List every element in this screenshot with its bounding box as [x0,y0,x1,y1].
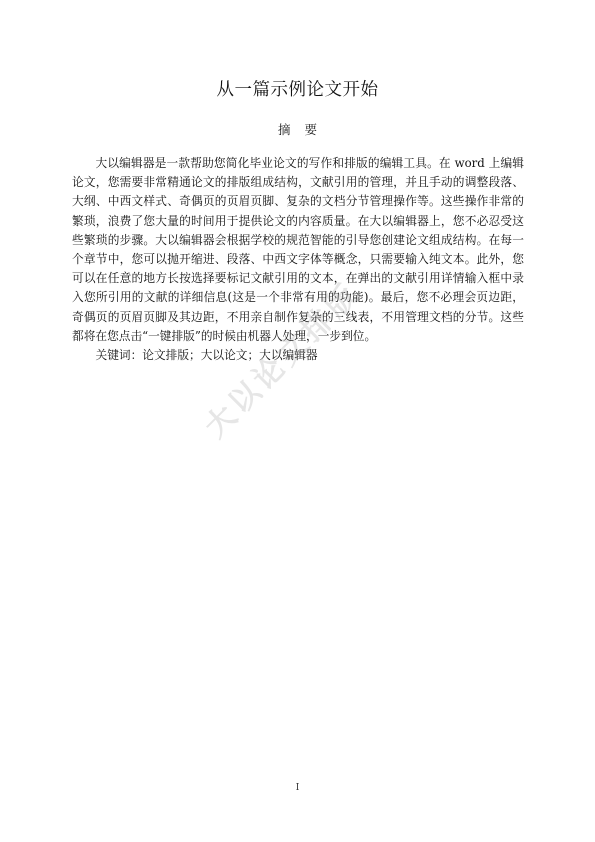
keywords-line: 关键词：论文排版；大以论文；大以编辑器 [72,346,524,365]
abstract-heading: 摘要 [0,120,595,138]
abstract-section: 大以编辑器是一款帮助您简化毕业论文的写作和排版的编辑工具。在 word 上编辑论… [72,154,524,365]
abstract-heading-char-1: 摘 [278,120,291,138]
abstract-paragraph: 大以编辑器是一款帮助您简化毕业论文的写作和排版的编辑工具。在 word 上编辑论… [72,154,524,346]
page-title: 从一篇示例论文开始 [0,76,595,101]
page-number: I [0,783,595,793]
abstract-heading-char-2: 要 [305,120,318,138]
document-page: 从一篇示例论文开始 摘要 大以编辑器是一款帮助您简化毕业论文的写作和排版的编辑工… [0,0,595,842]
